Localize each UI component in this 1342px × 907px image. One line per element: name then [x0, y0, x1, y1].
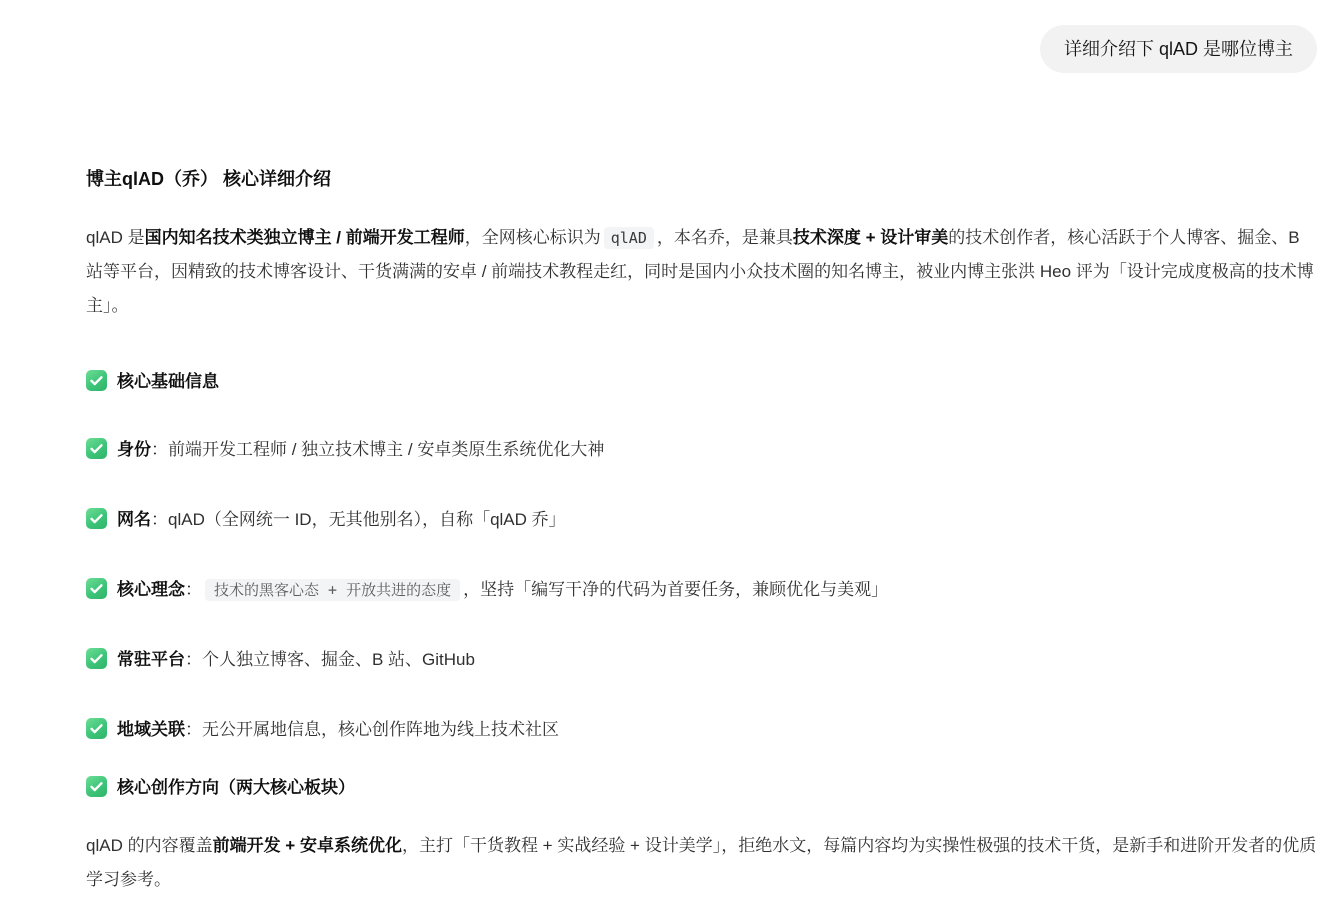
text-segment: qlAD 是 — [86, 228, 145, 247]
check-glyph — [88, 372, 105, 389]
user-message-row: 详细介绍下 qlAD 是哪位博主 — [86, 25, 1317, 73]
item-colon: ： — [151, 440, 168, 459]
check-icon — [86, 776, 107, 797]
section-header-basic-info: 核心基础信息 — [86, 367, 1317, 397]
section-title: 核心创作方向（两大核心板块） — [117, 778, 355, 797]
bold-segment: 技术深度 + 设计审美 — [793, 228, 948, 247]
check-icon — [86, 438, 107, 459]
item-label: 网名 — [117, 510, 151, 529]
check-glyph — [88, 650, 105, 667]
intro-paragraph: qlAD 是国内知名技术类独立博主 / 前端开发工程师，全网核心标识为qlAD，… — [86, 221, 1317, 323]
check-glyph — [88, 778, 105, 795]
check-icon — [86, 578, 107, 599]
text-segment: ，本名乔，是兼具 — [657, 228, 793, 247]
item-colon: ： — [151, 510, 168, 529]
bold-segment: 国内知名技术类独立博主 / 前端开发工程师 — [145, 228, 465, 247]
check-glyph — [88, 440, 105, 457]
inline-code-philosophy: 技术的黑客心态 + 开放共进的态度 — [205, 579, 460, 601]
item-text: 个人独立博客、掘金、B 站、GitHub — [202, 650, 475, 669]
list-item-identity: 身份：前端开发工程师 / 独立技术博主 / 安卓类原生系统优化大神 — [86, 433, 1317, 467]
item-colon: ： — [185, 650, 202, 669]
item-label: 地域关联 — [117, 720, 185, 739]
check-glyph — [88, 720, 105, 737]
item-text: 前端开发工程师 / 独立技术博主 / 安卓类原生系统优化大神 — [168, 440, 604, 459]
item-label: 常驻平台 — [117, 650, 185, 669]
list-item-nickname: 网名：qlAD（全网统一 ID，无其他别名），自称「qlAD 乔」 — [86, 503, 1317, 537]
text-segment: ，全网核心标识为 — [465, 228, 601, 247]
closing-paragraph: qlAD 的内容覆盖前端开发 + 安卓系统优化，主打「干货教程 + 实战经验 +… — [86, 829, 1317, 897]
list-item-platforms: 常驻平台：个人独立博客、掘金、B 站、GitHub — [86, 643, 1317, 677]
check-icon — [86, 718, 107, 739]
section-header-creation-direction: 核心创作方向（两大核心板块） — [86, 773, 1317, 803]
list-item-philosophy: 核心理念：技术的黑客心态 + 开放共进的态度，坚持「编写干净的代码为首要任务，兼… — [86, 573, 1317, 607]
item-text: 无公开属地信息，核心创作阵地为线上技术社区 — [202, 720, 559, 739]
item-colon: ： — [185, 580, 202, 599]
check-icon — [86, 648, 107, 669]
user-message-text: 详细介绍下 qlAD 是哪位博主 — [1064, 39, 1293, 59]
text-segment: qlAD 的内容覆盖 — [86, 836, 213, 855]
inline-code-qlad: qlAD — [604, 227, 654, 249]
user-message-bubble: 详细介绍下 qlAD 是哪位博主 — [1040, 25, 1317, 73]
bold-segment: 前端开发 + 安卓系统优化 — [213, 836, 402, 855]
item-label: 身份 — [117, 440, 151, 459]
check-glyph — [88, 580, 105, 597]
item-label: 核心理念 — [117, 580, 185, 599]
assistant-message: 博主qlAD（乔） 核心详细介绍 qlAD 是国内知名技术类独立博主 / 前端开… — [86, 167, 1317, 897]
check-glyph — [88, 510, 105, 527]
check-icon — [86, 508, 107, 529]
chat-page: 详细介绍下 qlAD 是哪位博主 博主qlAD（乔） 核心详细介绍 qlAD 是… — [0, 0, 1342, 897]
item-colon: ： — [185, 720, 202, 739]
answer-title: 博主qlAD（乔） 核心详细介绍 — [86, 167, 1317, 191]
item-text: qlAD（全网统一 ID，无其他别名），自称「qlAD 乔」 — [168, 510, 566, 529]
list-item-region: 地域关联：无公开属地信息，核心创作阵地为线上技术社区 — [86, 713, 1317, 747]
check-icon — [86, 370, 107, 391]
item-text: ，坚持「编写干净的代码为首要任务，兼顾优化与美观」 — [463, 580, 888, 599]
section-title: 核心基础信息 — [117, 372, 219, 391]
